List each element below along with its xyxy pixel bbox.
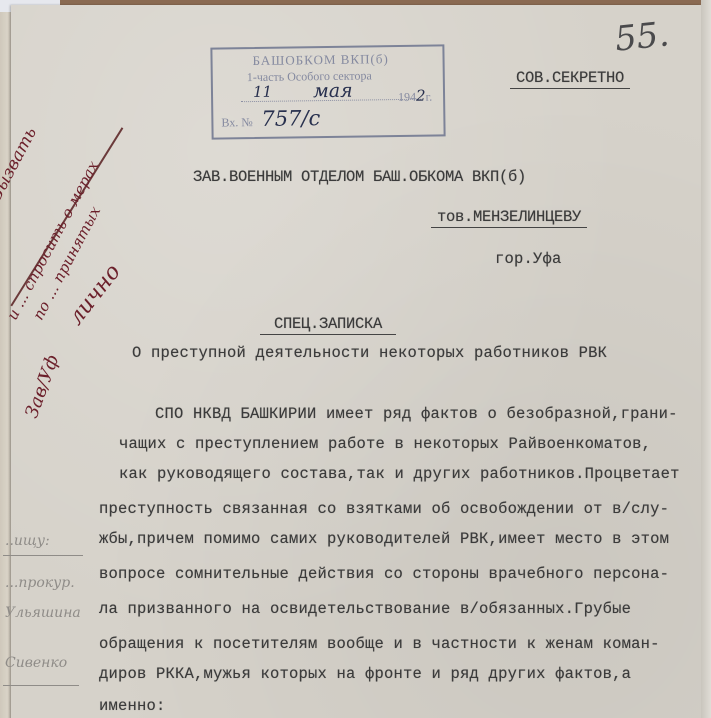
classification-mark: СОВ.СЕКРЕТНО: [510, 69, 630, 87]
addressee-name-text: тов.МЕНЗЕЛИНЦЕВУ: [431, 208, 587, 228]
pencil-note: ...прокур.: [5, 575, 75, 591]
pencil-underline: [3, 555, 83, 556]
stamp-day: 11: [253, 83, 272, 101]
addressee-city: гор.Уфа: [495, 250, 562, 268]
pencil-note: ..ищу:: [5, 533, 50, 549]
document-page: 55. БАШОБКОМ ВКП(б) 1-часть Особого сект…: [11, 5, 701, 718]
pencil-note: Ульяшина: [5, 605, 81, 621]
stamp-year-printed: 194: [398, 90, 416, 104]
body-line: чащих с преступлением работе в некоторых…: [119, 435, 651, 453]
document-title-text: СПЕЦ.ЗАПИСКА: [260, 315, 396, 335]
body-line: диров РККА,мужья которых на фронте и ряд…: [99, 665, 631, 683]
body-line: вопросе сомнительные действия со стороны…: [99, 565, 669, 583]
stamp-year: 1942г.: [398, 87, 432, 105]
document-title: СПЕЦ.ЗАПИСКА: [260, 315, 396, 333]
page-right-edge: [701, 0, 711, 718]
registration-stamp: БАШОБКОМ ВКП(б) 1-часть Особого сектора …: [210, 44, 445, 139]
stamp-incoming-label: Вх. №: [221, 115, 253, 130]
body-line: преступность связанная со взятками об ос…: [99, 500, 669, 518]
page-number: 55.: [613, 14, 671, 59]
body-line: СПО НКВД БАШКИРИИ имеет ряд фактов о без…: [155, 405, 678, 423]
classification-text: СОВ.СЕКРЕТНО: [510, 69, 630, 89]
pencil-note: Сивенко: [5, 655, 67, 671]
document-subtitle: О преступной деятельности некоторых рабо…: [132, 344, 607, 362]
stamp-year-hand: 2: [416, 87, 426, 105]
body-line: именно:: [99, 697, 166, 715]
body-line: ла призванного на освидетельствование в/…: [99, 600, 631, 618]
addressee-name: тов.МЕНЗЕЛИНЦЕВУ: [431, 208, 587, 226]
stamp-year-suffix: г.: [426, 90, 433, 104]
stamp-incoming-number: 757/с: [261, 106, 320, 131]
body-line: обращения к посетителям вообще и в частн…: [99, 635, 660, 653]
pencil-underline: [3, 685, 79, 686]
addressee-position: ЗАВ.ВОЕННЫМ ОТДЕЛОМ БАШ.ОБКОМА ВКП(б): [193, 168, 526, 186]
stamp-month: мая: [313, 80, 353, 103]
stamp-org: БАШОБКОМ ВКП(б): [252, 51, 388, 69]
body-line: как руководящего состава,так и других ра…: [119, 465, 680, 483]
body-line: жбы,причем помимо самих руководителей РВ…: [99, 530, 669, 548]
margin-signature: Зав/Уф: [21, 352, 63, 421]
